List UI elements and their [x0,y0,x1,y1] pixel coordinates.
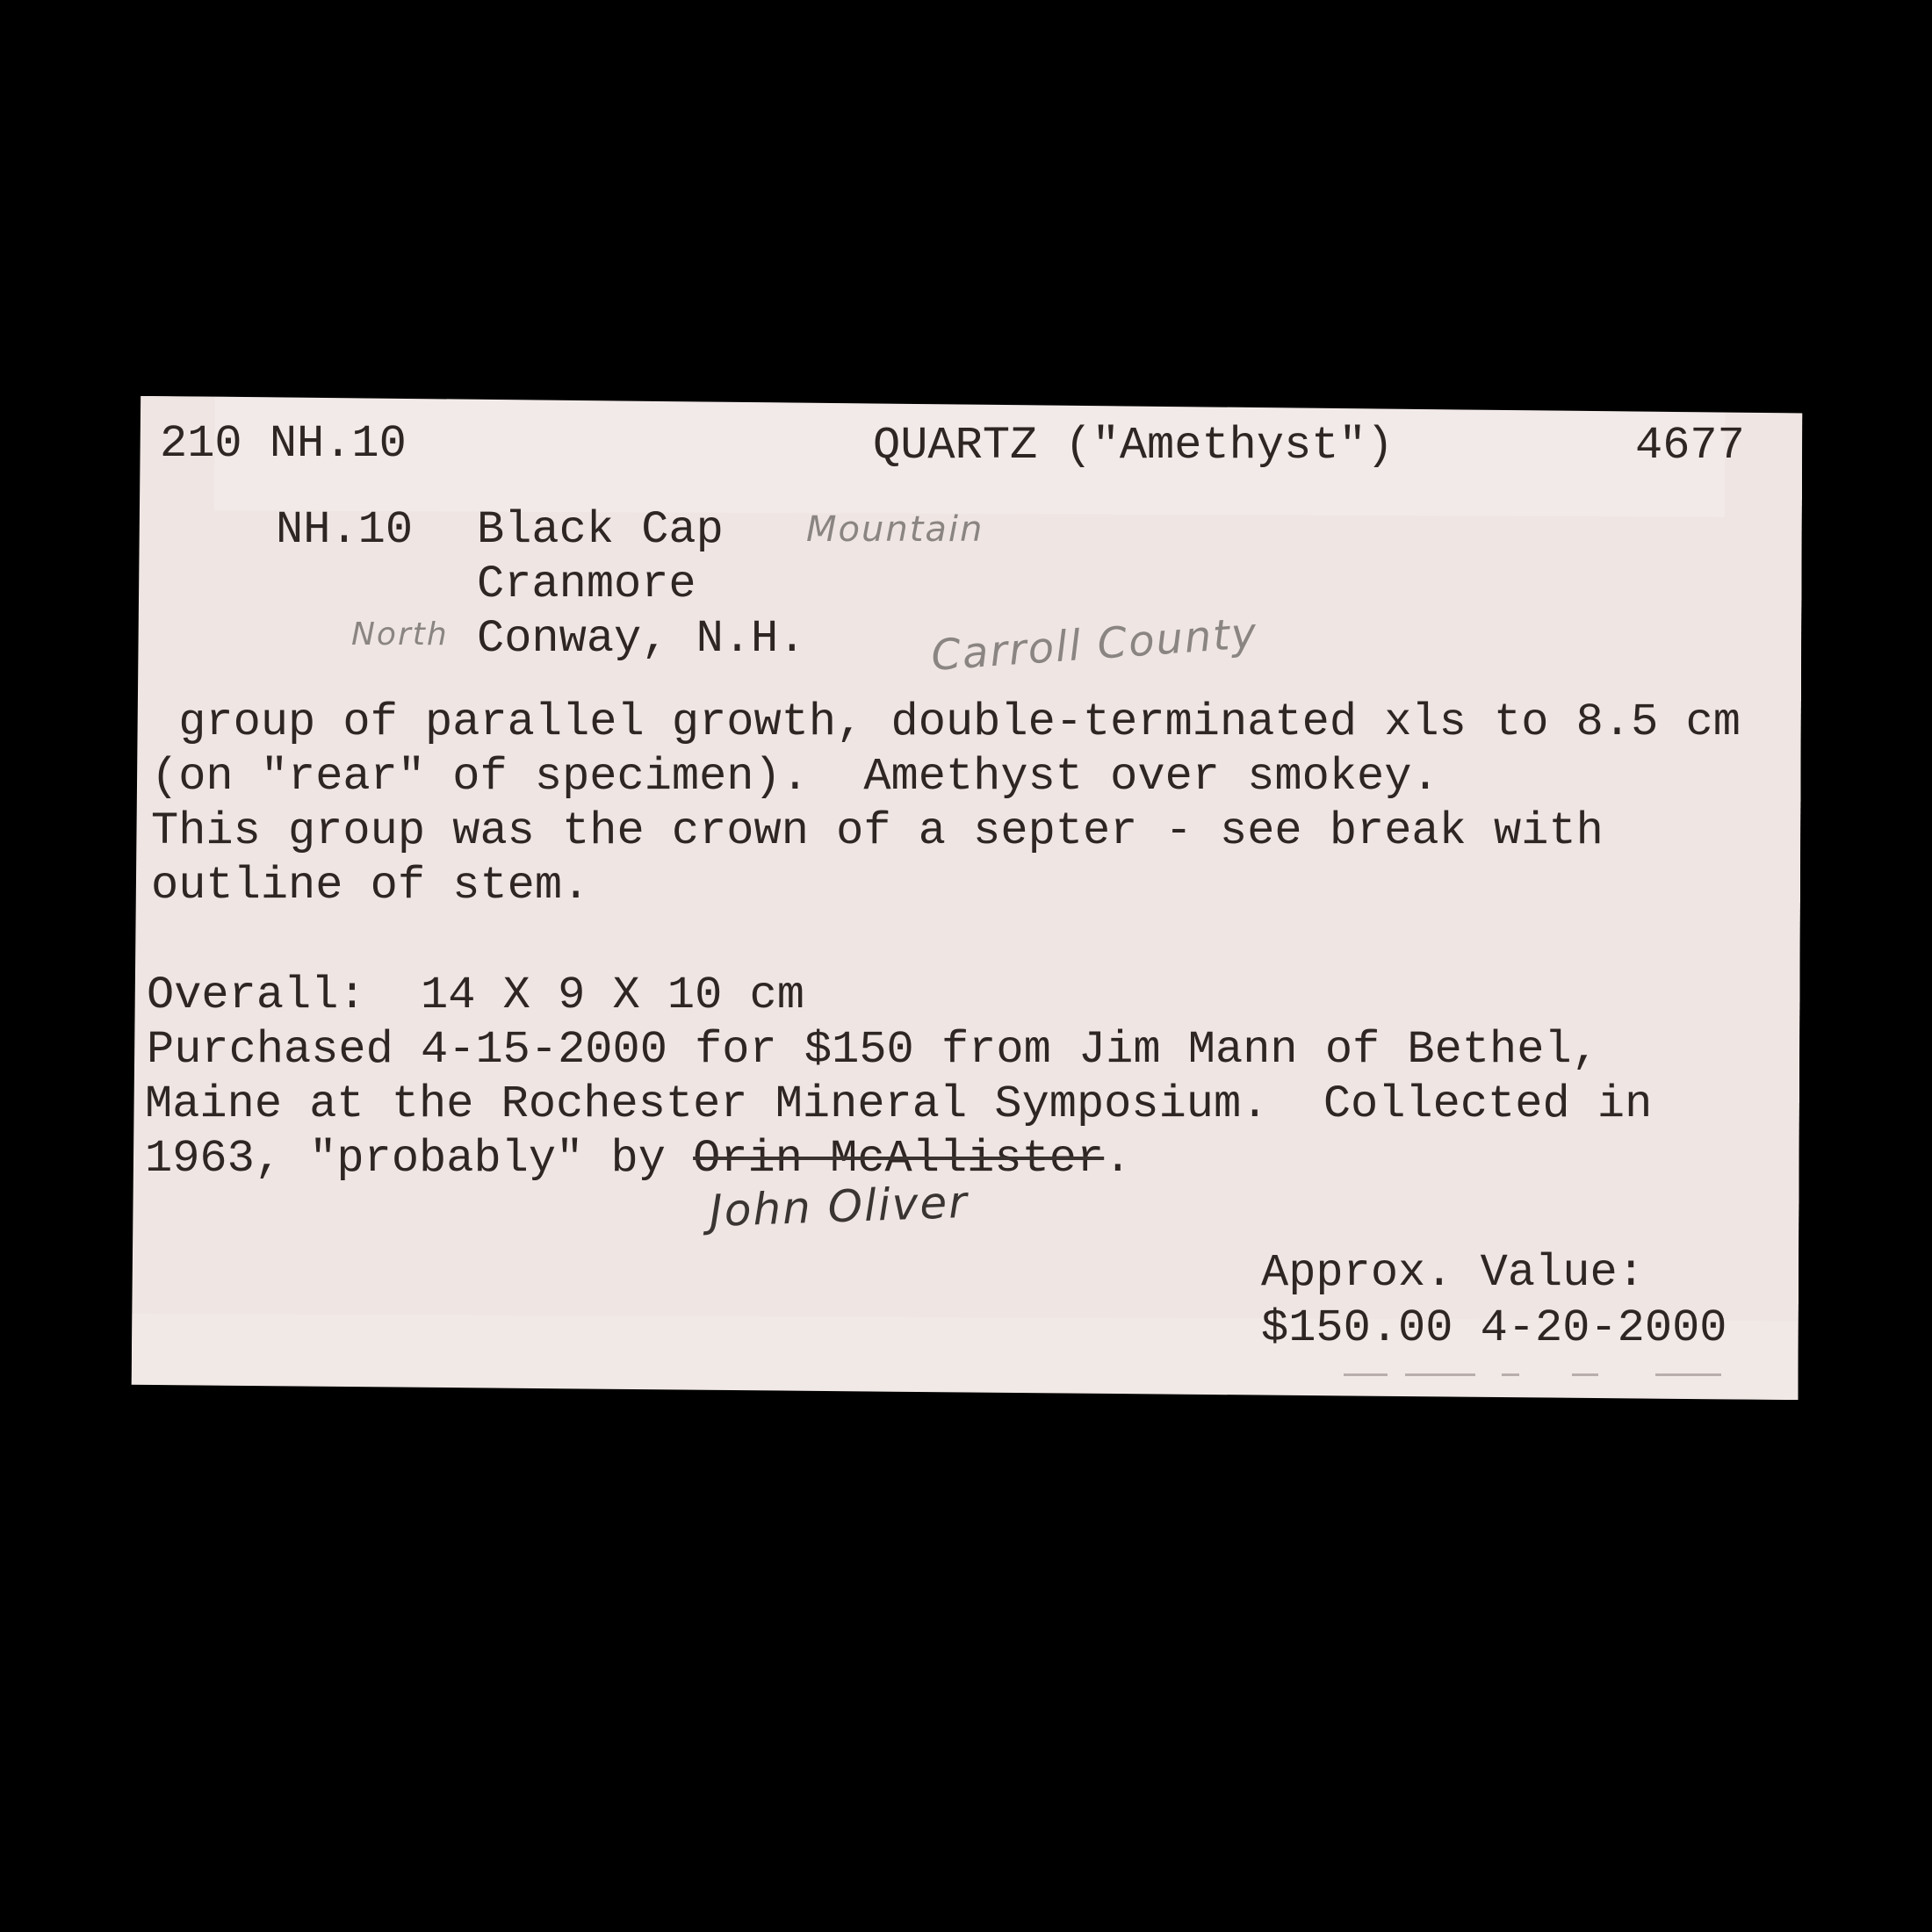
locality-line1: Black Cap [477,508,724,553]
purchase-line: 1963, "probably" by Orin McAllister. [145,1136,1131,1182]
description-line: group of parallel growth, double-termina… [151,700,1741,746]
handwritten-north: North [351,616,449,652]
description-line: (on "rear" of specimen). Amethyst over s… [151,754,1439,800]
dash-mark [1502,1373,1519,1376]
purchase-line: Purchased 4-15-2000 for $150 from Jim Ma… [147,1027,1599,1073]
value-label: Approx. Value: [1261,1251,1645,1296]
catalog-id: 210 NH.10 [160,422,407,467]
purchase-line3-suffix: . [1104,1133,1131,1185]
handwritten-mountain: Mountain [806,509,984,550]
locality-code: NH.10 [276,508,413,553]
dash-mark [1655,1373,1721,1376]
locality-line2: Cranmore [477,562,696,608]
purchase-line: Maine at the Rochester Mineral Symposium… [145,1082,1652,1128]
struck-collector-name: Orin McAllister [693,1133,1104,1185]
overall-dimensions: Overall: 14 X 9 X 10 cm [147,973,804,1019]
specimen-number: 4677 [1635,423,1745,469]
description-line: This group was the crown of a septer - s… [151,809,1604,854]
mineral-name: QUARTZ ("Amethyst") [873,423,1394,469]
dash-mark [1405,1373,1475,1376]
description-line: outline of stem. [151,863,589,909]
value-amount-date: $150.00 4-20-2000 [1261,1306,1727,1352]
locality-line3: Conway, N.H. [477,616,805,662]
dash-mark [1344,1373,1388,1376]
purchase-line3-prefix: 1963, "probably" by [145,1133,693,1185]
handwritten-collector: John Oliver [709,1177,970,1236]
dash-mark [1572,1373,1598,1376]
